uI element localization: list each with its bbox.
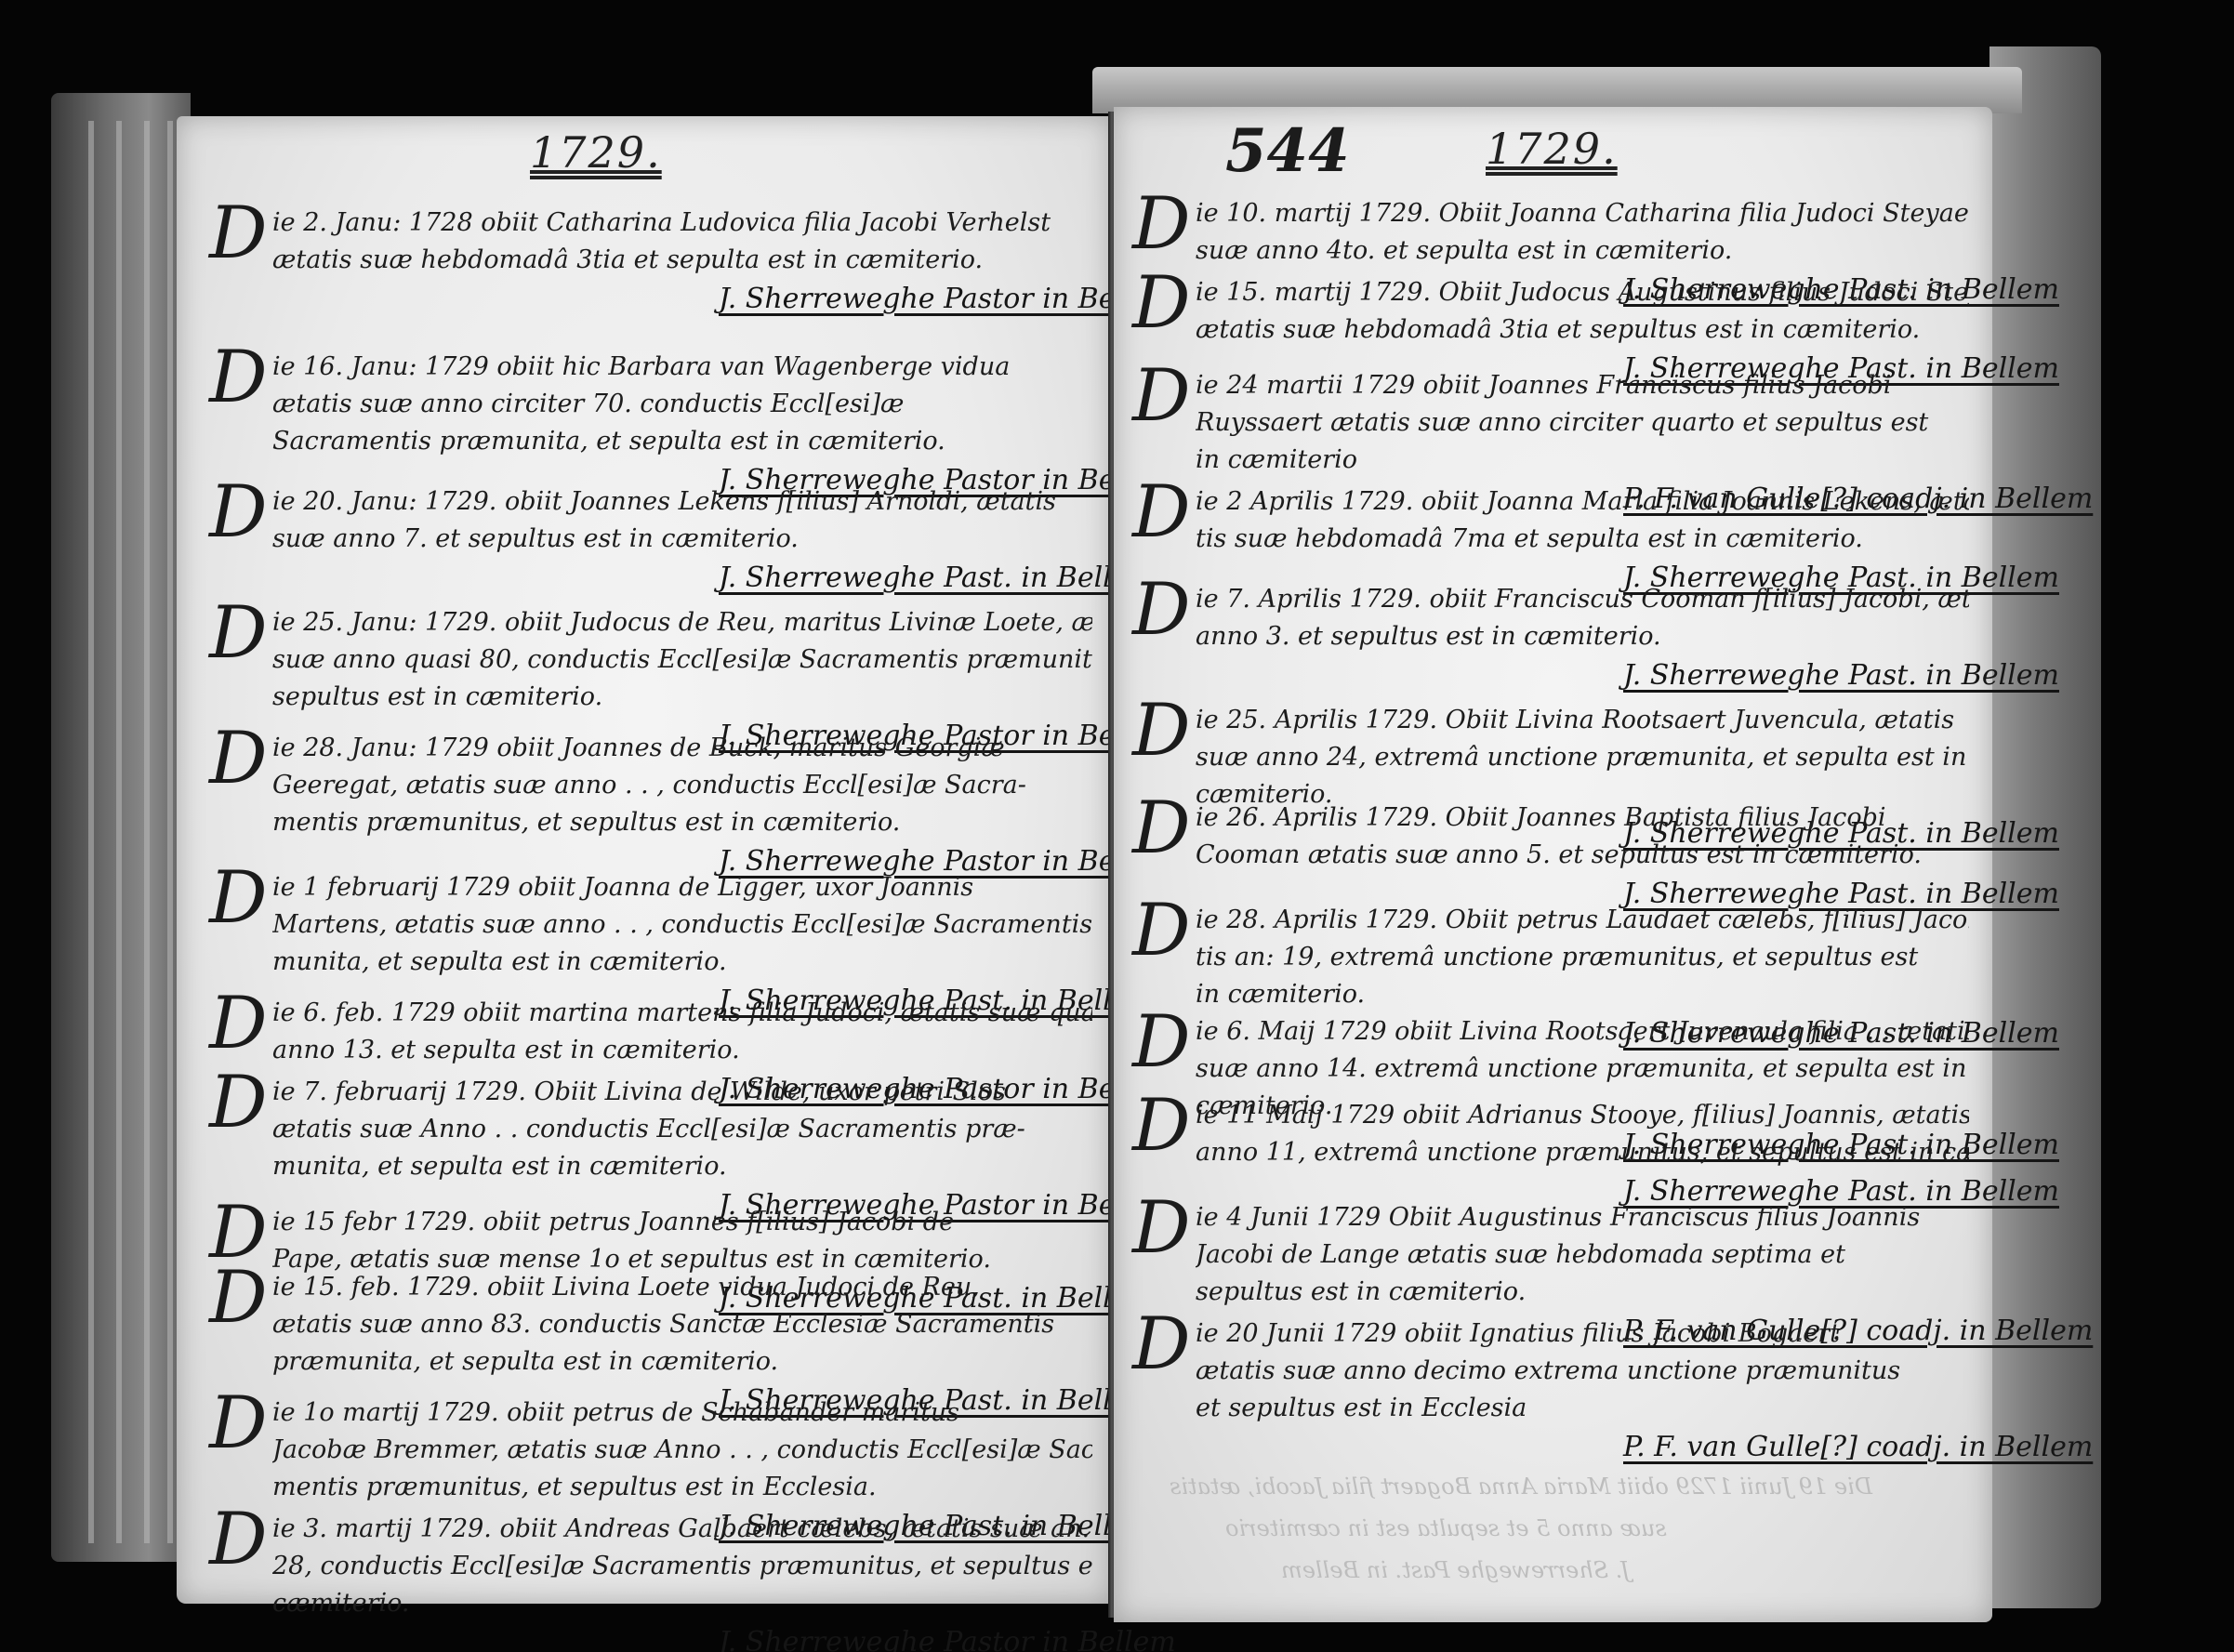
entry-line: ie 28. Janu: 1729 obiit Joannes de Buck,… — [272, 730, 1092, 767]
entry-initial: D — [1132, 360, 1191, 432]
entry-line: ie 20 Junii 1729 obiit Ignatius filius J… — [1196, 1315, 1969, 1353]
entry-initial: D — [209, 1066, 268, 1139]
entry-line: Jacobæ Bremmer, ætatis suæ Anno . . , co… — [272, 1432, 1092, 1469]
entry-line: anno 11, extremâ unctione præmunitus, et… — [1196, 1134, 1969, 1171]
entry-line: ie 24 martii 1729 obiit Joannes Francisc… — [1196, 367, 1969, 404]
register-entry: Die 28. Janu: 1729 obiit Joannes de Buck… — [209, 730, 1092, 878]
register-entry: Die 7. Aprilis 1729. obiit Franciscus Co… — [1132, 581, 1969, 692]
entry-initial: D — [209, 722, 268, 795]
page-edge — [88, 121, 94, 1543]
register-entry: Die 20. Janu: 1729. obiit Joannes Lekens… — [209, 483, 1092, 594]
entry-initial: D — [209, 476, 268, 548]
entry-line: ie 28. Aprilis 1729. Obiit petrus Laudae… — [1196, 902, 1969, 939]
entry-line: 28, conductis Eccl[esi]æ Sacramentis præ… — [272, 1548, 1092, 1585]
entry-line: Ruyssaert ætatis suæ anno circiter quart… — [1196, 404, 1969, 442]
entry-line: ie 6. feb. 1729 obiit martina martens fi… — [272, 995, 1092, 1032]
book-cover-left — [51, 93, 191, 1562]
entry-line: præmunita, et sepulta est in cæmiterio. — [272, 1343, 1092, 1381]
register-entry: Die 2 Aprilis 1729. obiit Joanna Maria f… — [1132, 483, 1969, 594]
entry-line: ie 15. martij 1729. Obiit Judocus August… — [1196, 274, 1969, 311]
entry-line: ie 1 februarij 1729 obiit Joanna de Ligg… — [272, 869, 1092, 906]
entry-initial: D — [209, 197, 268, 270]
entry-line: ie 11 Maij 1729 obiit Adrianus Stooye, f… — [1196, 1097, 1969, 1134]
entry-line: in cæmiterio — [1196, 442, 1969, 479]
entry-body: ie 26. Aprilis 1729. Obiit Joannes Bapti… — [1196, 800, 1969, 910]
entry-body: ie 2 Aprilis 1729. obiit Joanna Maria fi… — [1196, 483, 1969, 594]
entry-initial: D — [209, 597, 268, 669]
entry-initial: D — [1132, 1006, 1191, 1078]
entry-line: ætatis suæ anno circiter 70. conductis E… — [272, 386, 1092, 423]
entry-initial: D — [209, 862, 268, 934]
entry-line: sepultus est in cæmiterio. — [272, 679, 1092, 716]
entry-line: ie 7. februarij 1729. Obiit Livina de Wi… — [272, 1074, 1092, 1111]
year-heading: 1729. — [530, 127, 662, 178]
entry-body: ie 7. februarij 1729. Obiit Livina de Wi… — [272, 1074, 1092, 1222]
entry-initial: D — [1132, 694, 1191, 767]
register-entry: Die 26. Aprilis 1729. Obiit Joannes Bapt… — [1132, 800, 1969, 910]
entry-line: ie 15. feb. 1729. obiit Livina Loete vid… — [272, 1269, 1092, 1306]
entry-line: ætatis suæ anno 83. conductis Sanctæ Ecc… — [272, 1306, 1092, 1343]
bleed-through-line: Die 19 Junii 1729 obiit Maria Anna Bogae… — [1170, 1474, 1872, 1500]
entry-line: Martens, ætatis suæ anno . . , conductis… — [272, 906, 1092, 944]
entry-line: tis an: 19, extremâ unctione præmunitus,… — [1196, 939, 1969, 976]
entry-line: ætatis suæ Anno . . conductis Eccl[esi]æ… — [272, 1111, 1092, 1148]
entry-line: Jacobi de Lange ætatis suæ hebdomada sep… — [1196, 1236, 1969, 1274]
entry-initial: D — [209, 1262, 268, 1334]
entry-line: ie 2. Janu: 1728 obiit Catharina Ludovic… — [272, 205, 1092, 242]
register-entry: Die 2. Janu: 1728 obiit Catharina Ludovi… — [209, 205, 1092, 315]
entry-line: et sepultus est in Ecclesia — [1196, 1390, 1969, 1427]
entry-body: ie 28. Janu: 1729 obiit Joannes de Buck,… — [272, 730, 1092, 878]
entry-body: ie 7. Aprilis 1729. obiit Franciscus Coo… — [1196, 581, 1969, 692]
entry-line: suæ anno 24, extremâ unctione præmunita,… — [1196, 739, 1969, 776]
entry-line: ie 25. Aprilis 1729. Obiit Livina Rootsa… — [1196, 702, 1969, 739]
entry-line: ie 26. Aprilis 1729. Obiit Joannes Bapti… — [1196, 800, 1969, 837]
entry-body: ie 16. Janu: 1729 obiit hic Barbara van … — [272, 349, 1092, 496]
entry-line: in cæmiterio. — [1196, 976, 1969, 1013]
pastor-signature: J. Sherreweghe Past. in Bellem. — [719, 562, 1092, 594]
entry-line: suæ anno quasi 80, conductis Eccl[esi]æ … — [272, 641, 1092, 679]
entry-line: munita, et sepulta est in cæmiterio. — [272, 944, 1092, 981]
entry-line: ie 16. Janu: 1729 obiit hic Barbara van … — [272, 349, 1092, 386]
entry-body: ie 2. Janu: 1728 obiit Catharina Ludovic… — [272, 205, 1092, 315]
entry-line: anno 3. et sepultus est in cæmiterio. — [1196, 618, 1969, 655]
entry-initial: D — [1132, 574, 1191, 646]
pastor-signature: J. Sherreweghe Pastor in Bellem — [719, 1626, 1092, 1652]
register-entry: Die 16. Janu: 1729 obiit hic Barbara van… — [209, 349, 1092, 496]
entry-line: suæ anno 7. et sepultus est in cæmiterio… — [272, 521, 1092, 558]
entry-line: ætatis suæ anno decimo extrema unctione … — [1196, 1353, 1969, 1390]
entry-line: ie 10. martij 1729. Obiit Joanna Cathari… — [1196, 195, 1969, 232]
page-edge — [116, 121, 122, 1543]
entry-line: Sacramentis præmunita, et sepulta est in… — [272, 423, 1092, 460]
left-page: 1729. Die 2. Janu: 1728 obiit Catharina … — [177, 116, 1111, 1604]
entry-initial: D — [209, 987, 268, 1060]
entry-line: ie 2 Aprilis 1729. obiit Joanna Maria fi… — [1196, 483, 1969, 521]
entry-line: Cooman ætatis suæ anno 5. et sepultus es… — [1196, 837, 1969, 874]
register-entry: Die 7. februarij 1729. Obiit Livina de W… — [209, 1074, 1092, 1222]
entry-line: sepultus est in cæmiterio. — [1196, 1274, 1969, 1311]
entry-initial: D — [1132, 267, 1191, 339]
entry-body: ie 20. Janu: 1729. obiit Joannes Lekens … — [272, 483, 1092, 594]
entry-initial: D — [1132, 792, 1191, 865]
entry-body: ie 20 Junii 1729 obiit Ignatius filius J… — [1196, 1315, 1969, 1463]
entry-line: ie 25. Janu: 1729. obiit Judocus de Reu,… — [272, 604, 1092, 641]
entry-initial: D — [1132, 1308, 1191, 1381]
bleed-through-line: suæ anno 5 et sepulta est in cæmiterio — [1225, 1515, 1667, 1541]
entry-line: suæ anno 4to. et sepulta est in cæmiteri… — [1196, 232, 1969, 270]
pastor-signature: J. Sherreweghe Past. in Bellem — [1623, 659, 1969, 692]
entry-initial: D — [1132, 1090, 1191, 1162]
year-heading: 1729. — [1486, 124, 1618, 174]
right-page: 544 1729. Die 10. martij 1729. Obiit Joa… — [1114, 107, 1992, 1622]
entry-initial: D — [209, 1503, 268, 1576]
page-edge — [144, 121, 150, 1543]
pastor-signature: P. F. van Gulle[?] coadj. in Bellem — [1623, 1431, 1969, 1463]
entry-line: ie 7. Aprilis 1729. obiit Franciscus Coo… — [1196, 581, 1969, 618]
entry-line: ie 6. Maij 1729 obiit Livina Rootsaert J… — [1196, 1013, 1969, 1051]
entry-body: ie 3. martij 1729. obiit Andreas Galbaer… — [272, 1511, 1092, 1652]
entry-initial: D — [1132, 476, 1191, 548]
entry-initial: D — [1132, 1192, 1191, 1264]
register-entry: Die 20 Junii 1729 obiit Ignatius filius … — [1132, 1315, 1969, 1463]
entry-line: cæmiterio. — [272, 1585, 1092, 1622]
entry-line: anno 13. et sepulta est in cæmiterio. — [272, 1032, 1092, 1069]
entry-line: ie 1o martij 1729. obiit petrus de Schab… — [272, 1394, 1092, 1432]
entry-line: ætatis suæ hebdomadâ 3tia et sepultus es… — [1196, 311, 1969, 349]
bleed-through-line: J. Sherreweghe Past. in Bellem — [1281, 1557, 1630, 1583]
entry-initial: D — [1132, 188, 1191, 260]
entry-line: ie 3. martij 1729. obiit Andreas Galbaer… — [272, 1511, 1092, 1548]
entry-initial: D — [209, 341, 268, 414]
entry-initial: D — [1132, 894, 1191, 967]
entry-line: ie 15 febr 1729. obiit petrus Joannes f[… — [272, 1204, 1092, 1241]
entry-line: mentis præmunitus, et sepultus est in cæ… — [272, 804, 1092, 841]
register-entry: Die 11 Maij 1729 obiit Adrianus Stooye, … — [1132, 1097, 1969, 1208]
entry-line: munita, et sepulta est in cæmiterio. — [272, 1148, 1092, 1185]
register-entry: Die 3. martij 1729. obiit Andreas Galbae… — [209, 1511, 1092, 1652]
entry-line: suæ anno 14. extremâ unctione præmunita,… — [1196, 1051, 1969, 1088]
entry-initial: D — [209, 1387, 268, 1460]
entry-line: tis suæ hebdomadâ 7ma et sepulta est in … — [1196, 521, 1969, 558]
pastor-signature: J. Sherreweghe Pastor in Bellem — [719, 283, 1092, 315]
page-edge — [167, 121, 173, 1543]
entry-body: ie 11 Maij 1729 obiit Adrianus Stooye, f… — [1196, 1097, 1969, 1208]
folio-number: 544 — [1225, 116, 1350, 186]
entry-line: mentis præmunitus, et sepultus est in Ec… — [272, 1469, 1092, 1506]
entry-line: Geeregat, ætatis suæ anno . . , conducti… — [272, 767, 1092, 804]
entry-line: ie 4 Junii 1729 Obiit Augustinus Francis… — [1196, 1199, 1969, 1236]
entry-line: ætatis suæ hebdomadâ 3tia et sepulta est… — [272, 242, 1092, 279]
entry-line: ie 20. Janu: 1729. obiit Joannes Lekens … — [272, 483, 1092, 521]
